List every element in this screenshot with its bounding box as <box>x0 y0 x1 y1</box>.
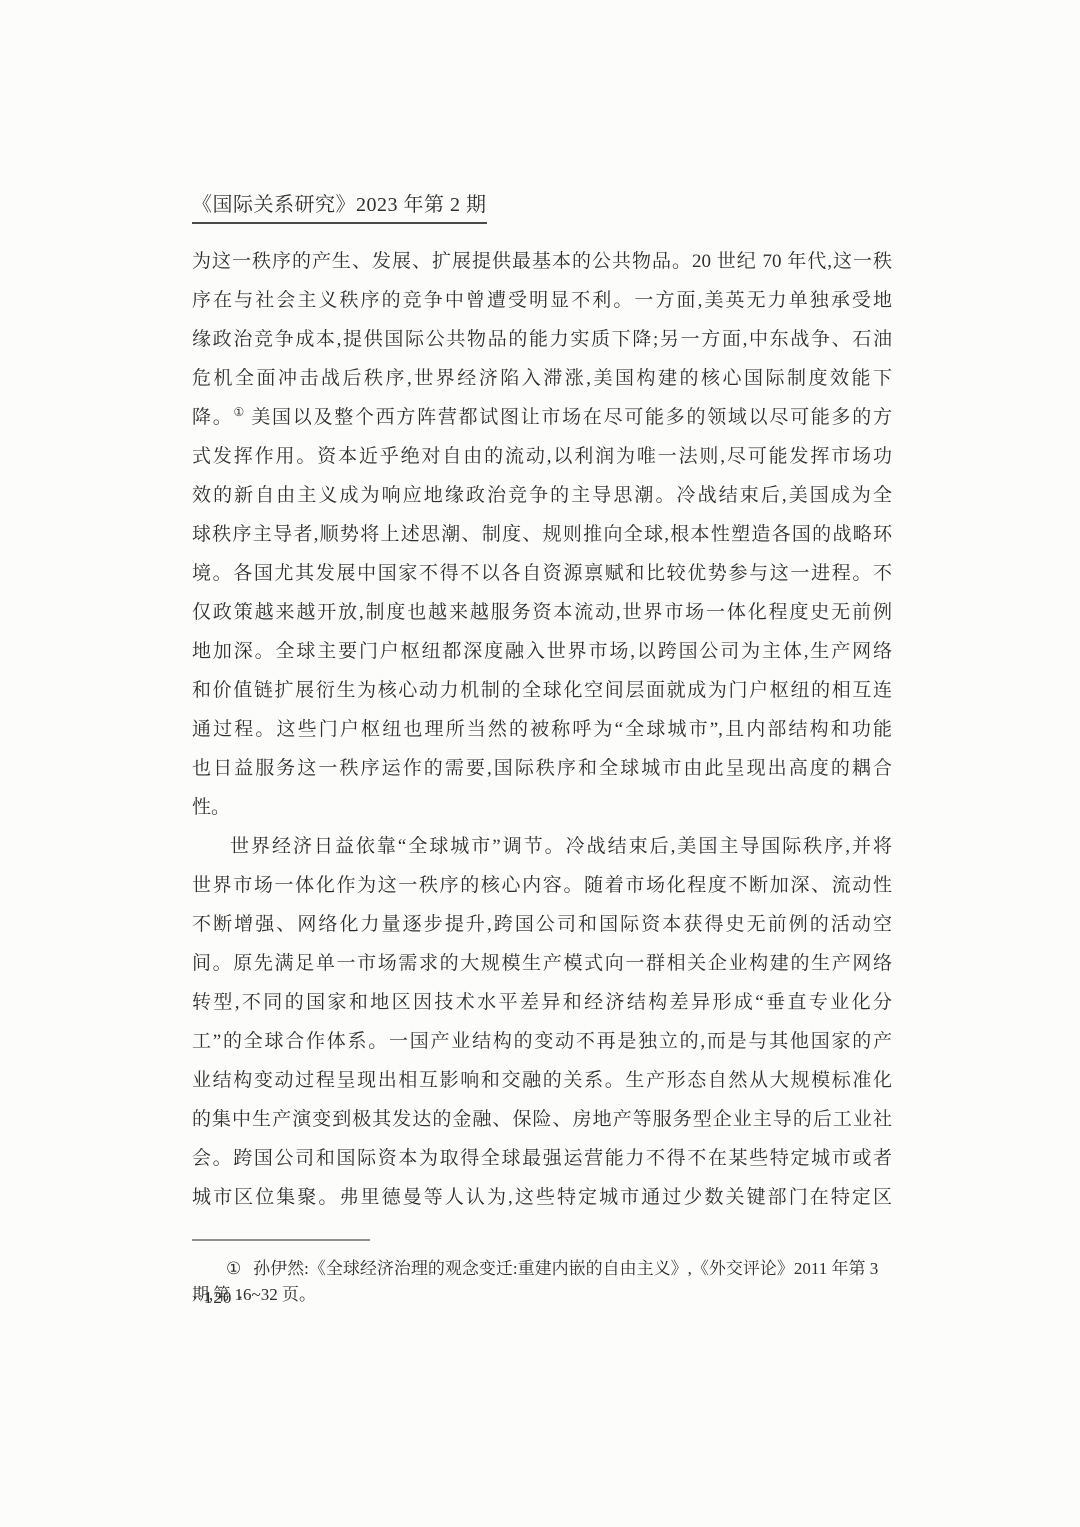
journal-scanned-page: 《国际关系研究》2023 年第 2 期 为这一秩序的产生、发展、扩展提供最基本的… <box>0 0 1080 1527</box>
text-line: 通过程。这些门户枢纽也理所当然的被称呼为“全球城市”,且内部结构和功能 <box>192 710 892 749</box>
text-line: 的集中生产演变到极其发达的金融、保险、房地产等服务型企业主导的后工业社 <box>192 1100 892 1139</box>
text-line: 会。跨国公司和国际资本为取得全球最强运营能力不得不在某些特定城市或者 <box>192 1139 892 1178</box>
text-line: 效的新自由主义成为响应地缘政治竞争的主导思潮。冷战结束后,美国成为全 <box>192 476 892 515</box>
footnote: ①孙伊然:《全球经济治理的观念变迁:重建内嵌的自由主义》,《外交评论》2011 … <box>192 1256 892 1308</box>
text-line: 性。 <box>192 788 892 827</box>
footnote-text: 孙伊然:《全球经济治理的观念变迁:重建内嵌的自由主义》,《外交评论》2011 年… <box>192 1259 878 1304</box>
text-line: 不断增强、网络化力量逐步提升,跨国公司和国际资本获得史无前例的活动空 <box>192 905 892 944</box>
page-number: · 120 · <box>192 1288 244 1308</box>
text-line: 转型,不同的国家和地区因技术水平差异和经济结构差异形成“垂直专业化分 <box>192 983 892 1022</box>
footnote-ref-marker: ① <box>233 405 245 419</box>
journal-issue-header: 《国际关系研究》2023 年第 2 期 <box>192 192 487 224</box>
text-line: 缘政治竞争成本,提供国际公共物品的能力实质下降;另一方面,中东战争、石油 <box>192 320 892 359</box>
body-text: 为这一秩序的产生、发展、扩展提供最基本的公共物品。20 世纪 70 年代,这一秩… <box>192 242 892 1217</box>
text-line: 业结构变动过程呈现出相互影响和交融的关系。生产形态自然从大规模标准化 <box>192 1061 892 1100</box>
text-line: 境。各国尤其发展中国家不得不以各自资源禀赋和比较优势参与这一进程。不 <box>192 554 892 593</box>
footnote-divider <box>192 1239 370 1241</box>
text-segment: 美国以及整个西方阵营都试图让市场在尽可能多的领域以尽可能多的方 <box>251 407 892 428</box>
text-segment: 降。 <box>192 407 233 428</box>
page-header: 《国际关系研究》2023 年第 2 期 <box>192 192 487 224</box>
text-line-with-footnote-ref: 降。①美国以及整个西方阵营都试图让市场在尽可能多的领域以尽可能多的方 <box>192 398 892 437</box>
text-line: 为这一秩序的产生、发展、扩展提供最基本的公共物品。20 世纪 70 年代,这一秩 <box>192 242 892 281</box>
text-line: 式发挥作用。资本近乎绝对自由的流动,以利润为唯一法则,尽可能发挥市场功 <box>192 437 892 476</box>
text-line: 城市区位集聚。弗里德曼等人认为,这些特定城市通过少数关键部门在特定区 <box>192 1178 892 1217</box>
text-line: 和价值链扩展衍生为核心动力机制的全球化空间层面就成为门户枢纽的相互连 <box>192 671 892 710</box>
text-line: 也日益服务这一秩序运作的需要,国际秩序和全球城市由此呈现出高度的耦合 <box>192 749 892 788</box>
text-line: 危机全面冲击战后秩序,世界经济陷入滞涨,美国构建的核心国际制度效能下 <box>192 359 892 398</box>
text-line: 世界经济日益依靠“全球城市”调节。冷战结束后,美国主导国际秩序,并将 <box>192 827 892 866</box>
text-line: 序在与社会主义秩序的竞争中曾遭受明显不利。一方面,美英无力单独承受地 <box>192 281 892 320</box>
text-line: 球秩序主导者,顺势将上述思潮、制度、规则推向全球,根本性塑造各国的战略环 <box>192 515 892 554</box>
text-line: 仅政策越来越开放,制度也越来越服务资本流动,世界市场一体化程度史无前例 <box>192 593 892 632</box>
text-line: 世界市场一体化作为这一秩序的核心内容。随着市场化程度不断加深、流动性 <box>192 866 892 905</box>
text-line: 间。原先满足单一市场需求的大规模生产模式向一群相关企业构建的生产网络 <box>192 944 892 983</box>
text-line: 工”的全球合作体系。一国产业结构的变动不再是独立的,而是与其他国家的产 <box>192 1022 892 1061</box>
footnote-marker: ① <box>226 1259 241 1278</box>
text-line: 地加深。全球主要门户枢纽都深度融入世界市场,以跨国公司为主体,生产网络 <box>192 632 892 671</box>
